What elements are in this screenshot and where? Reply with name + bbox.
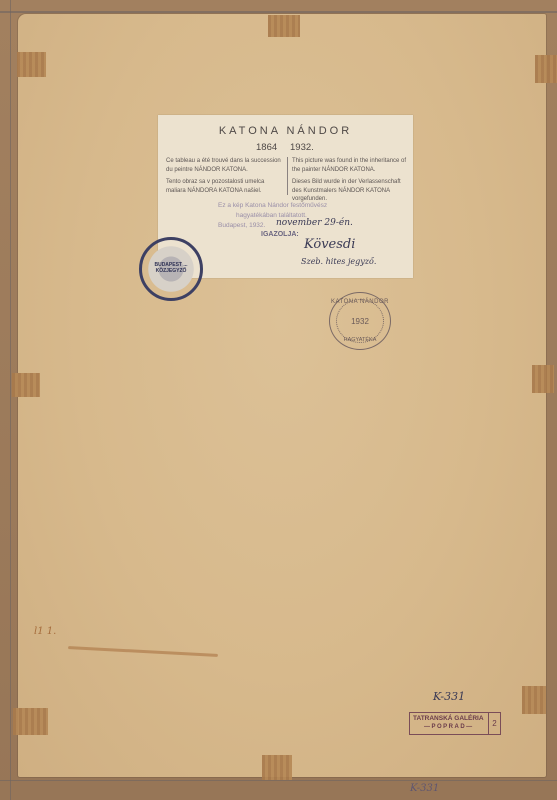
notary-seal-text: BUDAPEST ... KÖZJEGYZŐ	[142, 262, 200, 274]
estate-stamp-name: KATONA NÁNDOR	[330, 299, 390, 305]
estate-stamp-year: 1932	[330, 317, 390, 326]
cert-line-1: Ez a kép Katona Nándor festőművész	[218, 201, 327, 211]
label-right-column: This picture was found in the inheritanc…	[292, 157, 407, 208]
estate-stamp: KATONA NÁNDOR 1932 HAGYATÉKA	[329, 292, 391, 350]
text-french: Ce tableau a été trouvé dans la successi…	[166, 157, 284, 174]
verify-label: IGAZOLJA:	[261, 231, 299, 238]
margin-marks: l1 1.	[34, 626, 56, 637]
label-title: KATONA NÁNDOR	[158, 125, 413, 137]
text-slovak: Tento obraz sa v pozostalosti umelca mal…	[166, 178, 284, 195]
tape-bottom-right	[522, 686, 546, 714]
year-start: 1864	[256, 142, 277, 153]
gallery-number: 2	[488, 713, 500, 734]
tape-mid-left	[12, 373, 40, 397]
handwritten-date: november 29-én.	[276, 218, 353, 228]
signature-title: Szeb. hites jegyző.	[301, 257, 376, 266]
tape-mid-right	[532, 365, 554, 393]
tape-top-right	[535, 55, 557, 83]
tape-bottom-center	[262, 755, 292, 780]
tape-bottom-left	[13, 708, 48, 735]
signature: Kövesdi	[304, 237, 355, 252]
frame-edge-left	[10, 0, 11, 800]
label-left-column: Ce tableau a été trouvé dans la successi…	[166, 157, 284, 199]
text-german: Dieses Bild wurde in der Verlassenschaft…	[292, 178, 407, 204]
text-english: This picture was found in the inheritanc…	[292, 157, 407, 174]
estate-stamp-place: HAGYATÉKA	[330, 337, 390, 343]
gallery-name: TATRANSKÁ GALÉRIA	[413, 715, 484, 722]
frame-edge-top	[0, 11, 557, 13]
year-end: 1932.	[290, 142, 314, 153]
inventory-number-frame: K-331	[410, 783, 439, 794]
gallery-stamp: TATRANSKÁ GALÉRIA —POPRAD— 2	[409, 712, 501, 735]
frame-edge-bottom	[0, 780, 557, 781]
tape-top-left	[17, 52, 46, 77]
gallery-city: —POPRAD—	[424, 724, 474, 730]
tape-top-center	[268, 15, 300, 37]
inventory-number-paper: K-331	[433, 690, 465, 703]
notary-seal-stamp: BUDAPEST ... KÖZJEGYZŐ	[139, 237, 203, 301]
column-divider	[287, 157, 288, 195]
